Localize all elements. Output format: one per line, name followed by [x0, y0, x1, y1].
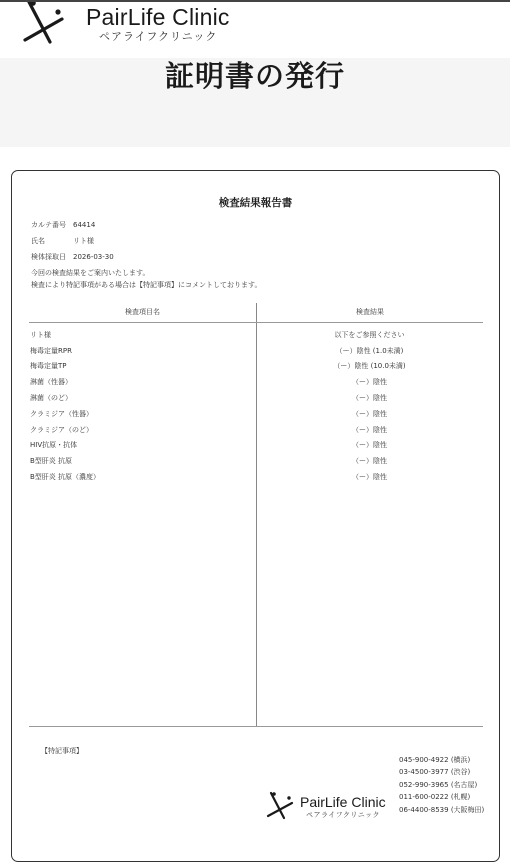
logo-name: PairLife Clinic [86, 4, 230, 30]
special-notes-label: 【特記事項】 [41, 746, 83, 756]
meta-row-sample-date: 検体採取日 2026-03-30 [31, 249, 114, 265]
intro-line: 検査により特記事項がある場合は【特記事項】にコメントしております。 [31, 279, 261, 291]
test-name: B型肝炎 抗原 [29, 456, 256, 466]
test-name: 淋菌（性器） [29, 377, 256, 387]
table-body: リト様以下をご参照ください 梅毒定量RPR（ー）陰性 (1.0未満) 梅毒定量T… [29, 327, 483, 485]
meta-label: 検体採取日 [31, 252, 73, 262]
meta-row-name: 氏名 リト様 [31, 233, 114, 249]
pairlife-figure-logo-icon [22, 2, 82, 48]
meta-label: 氏名 [31, 236, 73, 246]
table-row: 淋菌（性器）（ー）陰性 [29, 374, 483, 390]
table-row: リト様以下をご参照ください [29, 327, 483, 343]
header-test-name: 検査項目名 [29, 307, 256, 317]
phone-osaka-umeda: 06-4400-8539 (大阪梅田) [399, 804, 484, 816]
logo-name-ja: ペアライフクリニック [99, 30, 230, 44]
footer-clinic-logo: PairLife Clinic ペアライフクリニック [266, 791, 300, 825]
table-row: クラミジア（のど）（ー）陰性 [29, 422, 483, 438]
test-result: （ー）陰性 [256, 393, 483, 403]
phone-shibuya: 03-4500-3977 (渋谷) [399, 766, 484, 778]
intro-line: 今回の検査結果をご案内いたします。 [31, 267, 261, 279]
phone-nagoya: 052-990-3965 (名古屋) [399, 779, 484, 791]
meta-value: 64414 [73, 221, 95, 229]
test-result: （ー）陰性 (1.0未満) [256, 346, 483, 356]
test-name: 梅毒定量RPR [29, 346, 256, 356]
report-title: 検査結果報告書 [12, 195, 499, 210]
meta-value: リト様 [73, 236, 94, 246]
test-name: 梅毒定量TP [29, 361, 256, 371]
test-result: （ー）陰性 [256, 440, 483, 450]
results-table: 検査項目名 検査結果 リト様以下をご参照ください 梅毒定量RPR（ー）陰性 (1… [29, 303, 483, 727]
table-row: 梅毒定量TP（ー）陰性 (10.0未満) [29, 359, 483, 375]
page-title: 証明書の発行 [0, 54, 510, 95]
test-result: 以下をご参照ください [256, 330, 483, 340]
phone-sapporo: 011-600-0222 (札幌) [399, 791, 484, 803]
test-result: （ー）陰性 [256, 456, 483, 466]
test-result: （ー）陰性 [256, 377, 483, 387]
table-row: 梅毒定量RPR（ー）陰性 (1.0未満) [29, 343, 483, 359]
table-bottom-divider [29, 726, 483, 727]
test-name: HIV抗原・抗体 [29, 440, 256, 450]
pairlife-figure-logo-icon [266, 791, 300, 821]
footer-logo-name: PairLife Clinic [300, 794, 386, 810]
clinic-phone-list: 045-900-4922 (横浜) 03-4500-3977 (渋谷) 052-… [399, 754, 484, 816]
test-name: B型肝炎 抗原（濃度） [29, 472, 256, 482]
hero-section: 証明書の発行 [0, 58, 510, 147]
table-row: 淋菌（のど）（ー）陰性 [29, 390, 483, 406]
meta-label: カルテ番号 [31, 220, 73, 230]
meta-value: 2026-03-30 [73, 253, 114, 261]
table-row: クラミジア（性器）（ー）陰性 [29, 406, 483, 422]
test-name: 淋菌（のど） [29, 393, 256, 403]
intro-text: 今回の検査結果をご案内いたします。 検査により特記事項がある場合は【特記事項】に… [31, 267, 261, 291]
phone-yokohama: 045-900-4922 (横浜) [399, 754, 484, 766]
test-name: リト様 [29, 330, 256, 340]
table-row: B型肝炎 抗原（濃度）（ー）陰性 [29, 469, 483, 485]
test-result: （ー）陰性 [256, 472, 483, 482]
header-test-result: 検査結果 [257, 307, 483, 317]
certificate-card: 検査結果報告書 カルテ番号 64414 氏名 リト様 検体採取日 2026-03… [11, 170, 500, 862]
header-divider [29, 322, 483, 323]
table-row: HIV抗原・抗体（ー）陰性 [29, 438, 483, 454]
patient-meta: カルテ番号 64414 氏名 リト様 検体採取日 2026-03-30 [31, 217, 114, 265]
test-name: クラミジア（のど） [29, 425, 256, 435]
footer-logo-name-ja: ペアライフクリニック [306, 810, 386, 820]
clinic-logo[interactable]: PairLife Clinic ペアライフクリニック [22, 2, 82, 50]
test-result: （ー）陰性 (10.0未満) [256, 361, 483, 371]
test-name: クラミジア（性器） [29, 409, 256, 419]
test-result: （ー）陰性 [256, 425, 483, 435]
top-header: PairLife Clinic ペアライフクリニック [0, 0, 510, 58]
table-row: B型肝炎 抗原（ー）陰性 [29, 453, 483, 469]
test-result: （ー）陰性 [256, 409, 483, 419]
meta-row-chart-number: カルテ番号 64414 [31, 217, 114, 233]
